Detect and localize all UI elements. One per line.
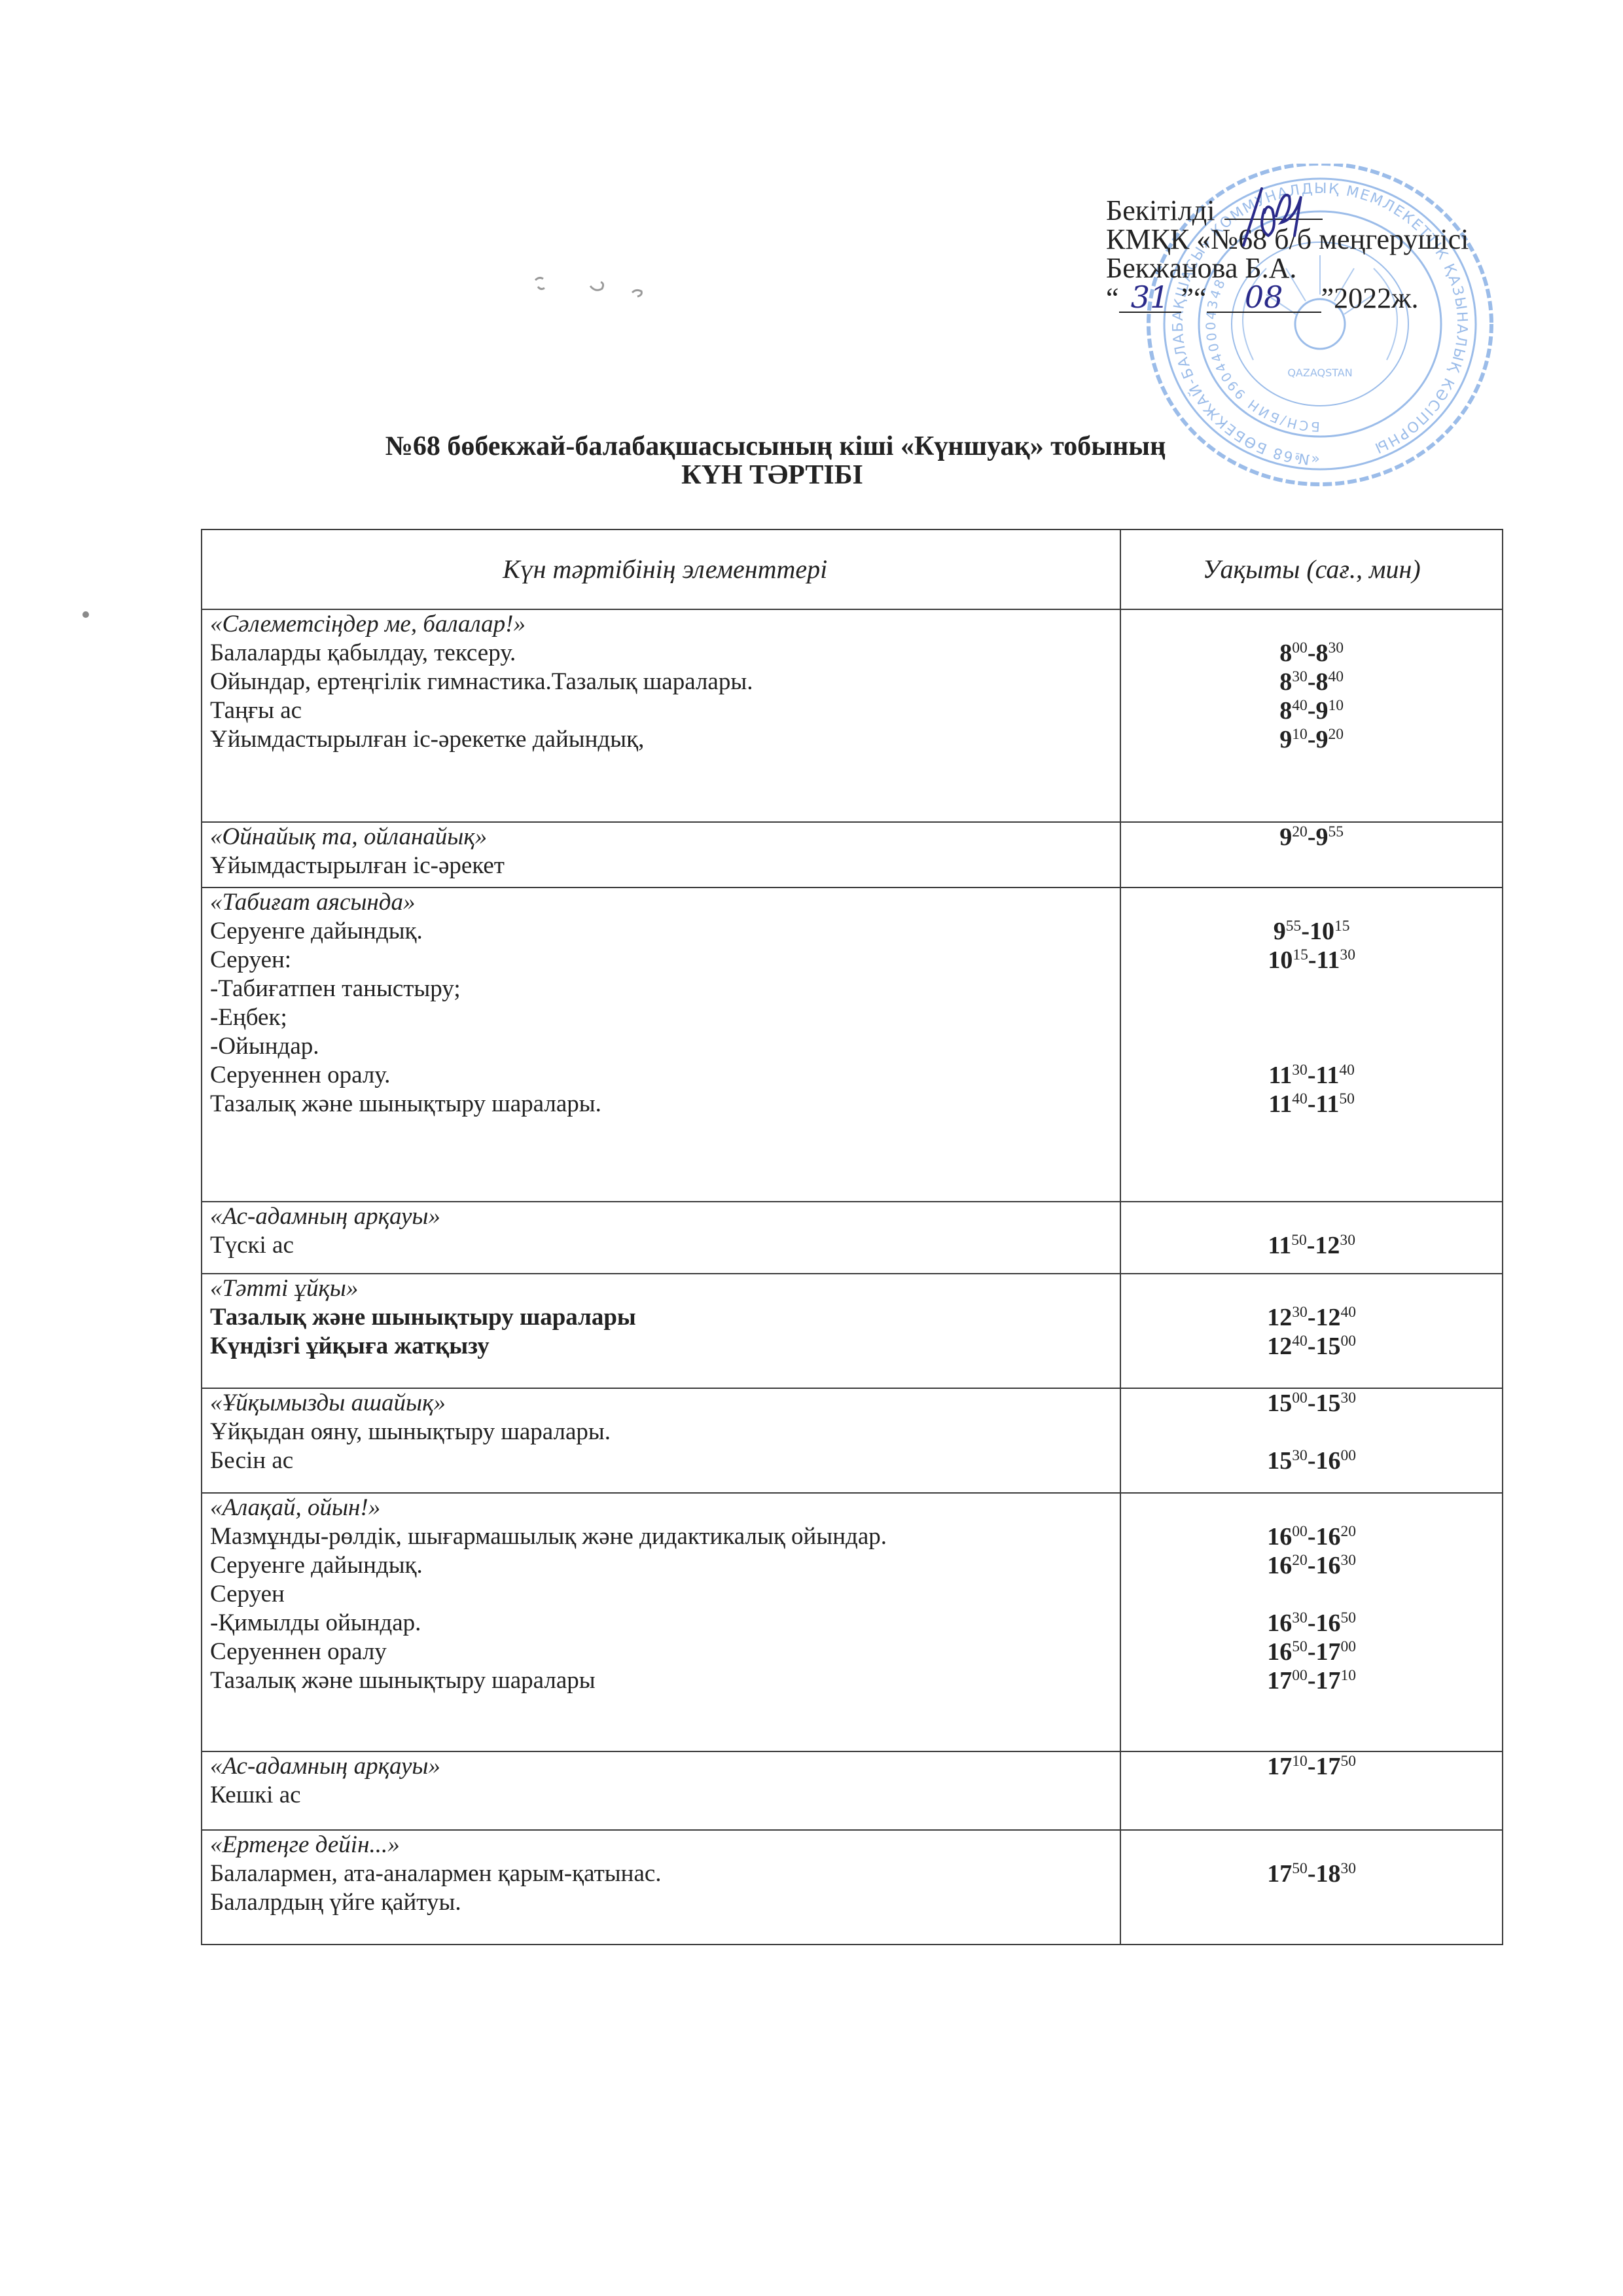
table-row: «Алақай, ойын!»Мазмұнды-рөлдік, шығармаш… — [202, 1493, 1503, 1751]
time-range: 830-840 — [1121, 668, 1502, 696]
activity-item: Тазалық және шынықтыру шаралары — [210, 1666, 1120, 1695]
document-title: №68 бөбекжай-балабақшасысының кіші «Күнш… — [0, 432, 1623, 490]
activity-item: Ұйқыдан ояну, шынықтыру шаралары. — [210, 1418, 1120, 1446]
time-range: 1530-1600 — [1121, 1446, 1502, 1475]
schedule-activities-cell: «Ас-адамның арқауы»Кешкі ас — [202, 1751, 1120, 1830]
approver-name: Бекжанова Б.А. — [1106, 254, 1469, 283]
activity-item: Серуенге дайындық. — [210, 917, 1120, 946]
stamp-center-text: QAZAQSTAN — [1287, 367, 1352, 379]
activity-item: Тазалық және шынықтыру шаралары — [210, 1303, 1120, 1332]
table-row: «Тәтті ұйқы»Тазалық және шынықтыру шарал… — [202, 1274, 1503, 1388]
schedule-activities-cell: «Ойнайық та, ойланайық»Ұйымдастырылған і… — [202, 822, 1120, 888]
table-row: «Табиғат аясында»Серуенге дайындық.Серуе… — [202, 888, 1503, 1202]
header-elements: Күн тәртібінің элементтері — [202, 529, 1120, 609]
activity-item: Бесін ас — [210, 1446, 1120, 1475]
activity-item: Ұйымдастырылған іс-әрекетке дайындық, — [210, 725, 1120, 754]
time-range: 1750-1830 — [1121, 1859, 1502, 1888]
schedule-time-cell: 800-830830-840840-910910-920 — [1120, 609, 1503, 822]
schedule-time-cell: 1710-1750 — [1120, 1751, 1503, 1830]
section-title: «Ас-адамның арқауы» — [210, 1752, 1120, 1781]
activity-item: Ойындар, ертеңгілік гимнастика.Тазалық ш… — [210, 668, 1120, 696]
schedule-time-cell: 1500-15301530-1600 — [1120, 1388, 1503, 1493]
time-range: 910-920 — [1121, 725, 1502, 754]
activity-item: Балалармен, ата-аналармен қарым-қатынас. — [210, 1859, 1120, 1888]
daily-schedule-table: Күн тәртібінің элементтері Уақыты (сағ.,… — [201, 529, 1503, 1945]
time-range: 920-955 — [1121, 823, 1502, 852]
activity-item: Серуенге дайындық. — [210, 1551, 1120, 1580]
time-range: 1500-1530 — [1121, 1389, 1502, 1418]
schedule-time-cell: 920-955 — [1120, 822, 1503, 888]
activity-item: Серуен — [210, 1580, 1120, 1609]
activity-item: Мазмұнды-рөлдік, шығармашылық және дидак… — [210, 1522, 1120, 1551]
schedule-activities-cell: «Табиғат аясында»Серуенге дайындық.Серуе… — [202, 888, 1120, 1202]
date-year: 2022ж. — [1334, 282, 1418, 314]
handwritten-signature — [1237, 183, 1309, 249]
table-row: «Ертеңге дейін...»Балалармен, ата-аналар… — [202, 1830, 1503, 1945]
table-row: «Сәлеметсіңдер ме, балалар!»Балаларды қа… — [202, 609, 1503, 822]
time-range: 1230-1240 — [1121, 1303, 1502, 1332]
activity-item: -Табиғатпен таныстыру; — [210, 975, 1120, 1003]
time-range: 1630-1650 — [1121, 1609, 1502, 1638]
activity-item: -Еңбек; — [210, 1003, 1120, 1032]
time-range: 1650-1700 — [1121, 1638, 1502, 1666]
header-time: Уақыты (сағ., мин) — [1120, 529, 1503, 609]
activity-item: Ұйымдастырылған іс-әрекет — [210, 852, 1120, 880]
section-title: «Ойнайық та, ойланайық» — [210, 823, 1120, 852]
time-range: 800-830 — [1121, 639, 1502, 668]
schedule-activities-cell: «Тәтті ұйқы»Тазалық және шынықтыру шарал… — [202, 1274, 1120, 1388]
activity-item: -Қимылды ойындар. — [210, 1609, 1120, 1638]
table-row: «Ұйқымызды ашайық»Ұйқыдан ояну, шынықтыр… — [202, 1388, 1503, 1493]
activity-item: Күндізгі ұйқыға жатқызу — [210, 1332, 1120, 1361]
schedule-activities-cell: «Ұйқымызды ашайық»Ұйқыдан ояну, шынықтыр… — [202, 1388, 1120, 1493]
time-range: 1130-1140 — [1121, 1061, 1502, 1090]
section-title: «Сәлеметсіңдер ме, балалар!» — [210, 610, 1120, 639]
title-line-2: КҮН ТӘРТІБІ — [0, 461, 1584, 490]
activity-item: Балалрдың үйге қайтуы. — [210, 1888, 1120, 1917]
time-range: 1015-1130 — [1121, 946, 1502, 975]
section-title: «Ұйқымызды ашайық» — [210, 1389, 1120, 1418]
schedule-time-cell: 1230-12401240-1500 — [1120, 1274, 1503, 1388]
section-title: «Табиғат аясында» — [210, 888, 1120, 917]
time-range: 955-1015 — [1121, 917, 1502, 946]
schedule-time-cell: 1750-1830 — [1120, 1830, 1503, 1945]
activity-item: Серуеннен оралу. — [210, 1061, 1120, 1090]
time-range: 1150-1230 — [1121, 1231, 1502, 1260]
table-header-row: Күн тәртібінің элементтері Уақыты (сағ.,… — [202, 529, 1503, 609]
section-title: «Ертеңге дейін...» — [210, 1831, 1120, 1859]
section-title: «Ас-адамның арқауы» — [210, 1202, 1120, 1231]
time-range: 1240-1500 — [1121, 1332, 1502, 1361]
time-range: 1600-1620 — [1121, 1522, 1502, 1551]
activity-item: Кешкі ас — [210, 1781, 1120, 1810]
time-range: 1620-1630 — [1121, 1551, 1502, 1580]
time-range: 1140-1150 — [1121, 1090, 1502, 1119]
activity-item: Серуеннен оралу — [210, 1638, 1120, 1666]
schedule-time-cell: 955-10151015-11301130-11401140-1150 — [1120, 888, 1503, 1202]
activity-item: Таңғы ас — [210, 696, 1120, 725]
section-title: «Алақай, ойын!» — [210, 1494, 1120, 1522]
schedule-time-cell: 1600-16201620-16301630-16501650-17001700… — [1120, 1493, 1503, 1751]
approved-label: Бекітілді — [1106, 194, 1215, 226]
schedule-activities-cell: «Ертеңге дейін...»Балалармен, ата-аналар… — [202, 1830, 1120, 1945]
schedule-time-cell: 1150-1230 — [1120, 1202, 1503, 1274]
approval-date: “31”“08”2022ж. — [1106, 283, 1469, 313]
table-row: «Ойнайық та, ойланайық»Ұйымдастырылған і… — [202, 822, 1503, 888]
activity-item: Серуен: — [210, 946, 1120, 975]
time-range: 840-910 — [1121, 696, 1502, 725]
schedule-activities-cell: «Сәлеметсіңдер ме, балалар!»Балаларды қа… — [202, 609, 1120, 822]
schedule-activities-cell: «Ас-адамның арқауы»Түскі ас — [202, 1202, 1120, 1274]
section-title: «Тәтті ұйқы» — [210, 1274, 1120, 1303]
table-row: «Ас-адамның арқауы»Түскі ас1150-1230 — [202, 1202, 1503, 1274]
date-month: 08 — [1207, 283, 1321, 313]
activity-item: Түскі ас — [210, 1231, 1120, 1260]
date-day: 31 — [1119, 283, 1181, 313]
time-range: 1700-1710 — [1121, 1666, 1502, 1695]
title-line-1: №68 бөбекжай-балабақшасысының кіші «Күнш… — [0, 432, 1587, 461]
table-row: «Ас-адамның арқауы»Кешкі ас1710-1750 — [202, 1751, 1503, 1830]
activity-item: -Ойындар. — [210, 1032, 1120, 1061]
activity-item: Тазалық және шынықтыру шаралары. — [210, 1090, 1120, 1119]
time-range: 1710-1750 — [1121, 1752, 1502, 1781]
activity-item: Балаларды қабылдау, тексеру. — [210, 639, 1120, 668]
schedule-activities-cell: «Алақай, ойын!»Мазмұнды-рөлдік, шығармаш… — [202, 1493, 1120, 1751]
